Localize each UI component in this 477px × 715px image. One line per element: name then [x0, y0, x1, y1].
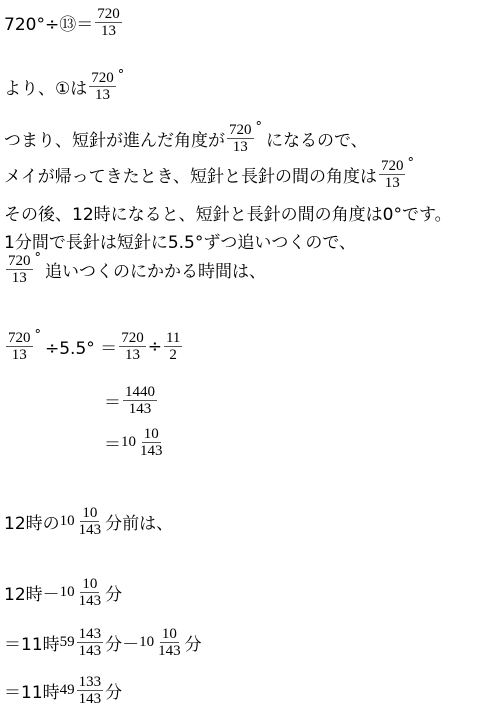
fraction: 72013 — [227, 122, 254, 155]
fraction: 72013 — [119, 330, 146, 363]
fraction: 10143 — [77, 505, 104, 538]
text-line-7: 72013 ° 追いつくのにかかる時間は、 — [4, 253, 266, 286]
fraction: 72013 — [379, 158, 406, 191]
fraction: 10143 — [138, 426, 165, 459]
fraction: 1440143 — [123, 384, 157, 417]
fraction: 10143 — [77, 576, 104, 609]
equation-text: 720°÷⑬＝ — [4, 10, 93, 35]
result-intro: 12時の 10 10143 分前は、 — [4, 505, 173, 538]
fraction: 133143 — [77, 674, 104, 707]
calc-line-2: ＝ 1440143 — [104, 384, 159, 417]
fraction: 72013 — [6, 253, 33, 286]
result-line-3: ＝11時 49 133143 分 — [4, 674, 122, 707]
fraction: 72013 — [6, 330, 33, 363]
fraction: 143143 — [77, 626, 104, 659]
fraction: 72013 — [95, 6, 122, 39]
result-line-1: 12時－ 10 10143 分 — [4, 576, 122, 609]
text-line-2: より、①は 72013 ° — [4, 70, 128, 103]
result-line-2: ＝11時 59 143143 分－ 10 10143 分 — [4, 626, 202, 659]
fraction: 10143 — [156, 626, 183, 659]
text-line-6: 1分間で長針は短針に5.5°ずつ追いつくので、 — [4, 228, 356, 253]
text-line-5: その後、12時になると、短針と長針の間の角度は0°です。 — [4, 200, 452, 225]
calc-line-1: 72013 ° ÷5.5° ＝ 72013 ÷ 112 — [4, 330, 184, 363]
text-line-3: つまり、短針が進んだ角度が 72013 ° になるので、 — [4, 122, 368, 155]
text-line-4: メイが帰ってきたとき、短針と長針の間の角度は 72013 ° — [4, 158, 418, 191]
calc-line-3: ＝ 10 10143 — [104, 426, 167, 459]
fraction: 72013 — [89, 70, 116, 103]
equation-line-1: 720°÷⑬＝ 72013 — [4, 6, 124, 39]
fraction: 112 — [164, 330, 182, 363]
